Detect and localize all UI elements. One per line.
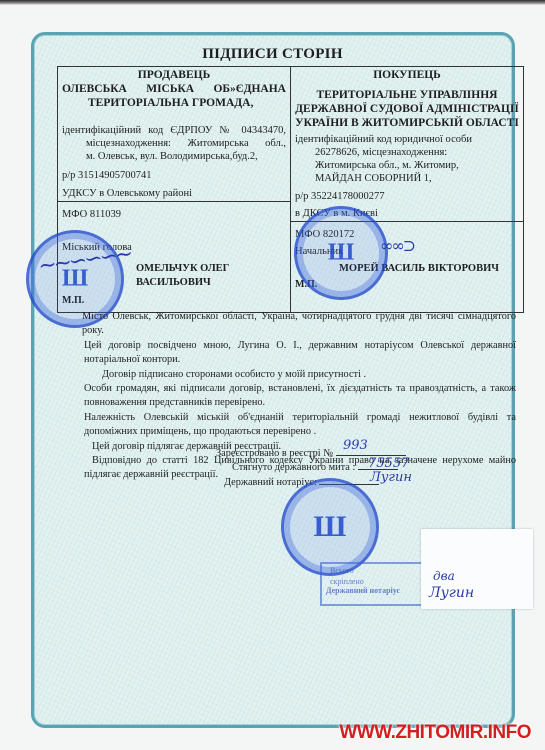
notary-line-place-date: Місто Олевськ, Житомирської області, Укр… [82, 310, 516, 339]
site-watermark: WWW.ZHITOMIR.INFO [339, 722, 531, 744]
trident-icon: Ш [314, 510, 347, 544]
trident-icon: Ш [328, 240, 354, 267]
notary-line-identities: Особи громадян, які підписали договір, в… [84, 382, 516, 411]
binding-signature: Лугин [429, 585, 474, 601]
notary-line-ownership: Належність Олевській міській об'єднаній … [84, 411, 516, 440]
seller-id-line1: ідентифікаційний код ЄДРПОУ № 04343470, [58, 124, 290, 137]
state-fee-label: Стягнуто державного мита : [232, 462, 355, 473]
notary-line-signed: Договір підписано сторонами особисто у м… [84, 368, 516, 382]
registry-label: Зареєстровано в реєстрі № [216, 448, 333, 459]
buyer-id-line1: ідентифікаційний код юридичної особи [291, 130, 523, 146]
registry-number-value: 993 [343, 438, 368, 453]
notary-signature: Лугин [370, 470, 412, 485]
binding-paper-sticker: два Лугин [421, 529, 533, 609]
seller-id-line3: м. Олевськ, вул. Володимирська,буд.2, [58, 150, 290, 163]
page-title: ПІДПИСИ СТОРІН [0, 46, 545, 63]
seller-heading: ПРОДАВЕЦЬ [58, 68, 290, 82]
binding-count: два [433, 569, 455, 583]
buyer-id-line2: 26278626, місцезнаходження: [291, 146, 523, 159]
buyer-name-line2: ДЕРЖАВНОЇ СУДОВОЇ АДМІНІСТРАЦІЇ [291, 102, 523, 116]
state-fee-value: 75557 [368, 456, 409, 471]
seller-account: р/р 31514905700741 [58, 163, 290, 184]
seller-id-line2: місцезнаходження: Житомирська обл., [58, 137, 290, 150]
parties-table: ПРОДАВЕЦЬ ОЛЕВСЬКА МІСЬКА ОБ»ЄДНАНА ТЕРИ… [57, 66, 524, 313]
seller-name-line1: ОЛЕВСЬКА МІСЬКА ОБ»ЄДНАНА [58, 82, 290, 96]
buyer-round-seal: Ш [294, 206, 388, 300]
buyer-name-line3: УКРАЇНИ В ЖИТОМИРСЬКІЙ ОБЛАСТІ [291, 116, 523, 130]
seller-name-line2: ТЕРИТОРІАЛЬНА ГРОМАДА, [58, 96, 290, 110]
buyer-id-line3: Житомирська обл., м. Житомир, [291, 159, 523, 172]
seller-bank: УДКСУ в Олевському районі [58, 184, 290, 202]
buyer-signature: ∞∞⊃ [380, 236, 414, 255]
buyer-heading: ПОКУПЕЦЬ [291, 68, 523, 82]
seller-mfo: МФО 811039 [58, 202, 290, 227]
buyer-account: р/р 35224178000277 [291, 185, 523, 204]
buyer-name-line1: ТЕРИТОРІАЛЬНЕ УПРАВЛІННЯ [291, 88, 523, 102]
scan-top-edge [0, 0, 545, 5]
buyer-id-line4: МАЙДАН СОБОРНИЙ 1, [291, 172, 523, 185]
notary-line-certified: Цей договір посвідчено мною, Лугина О. І… [84, 339, 516, 368]
